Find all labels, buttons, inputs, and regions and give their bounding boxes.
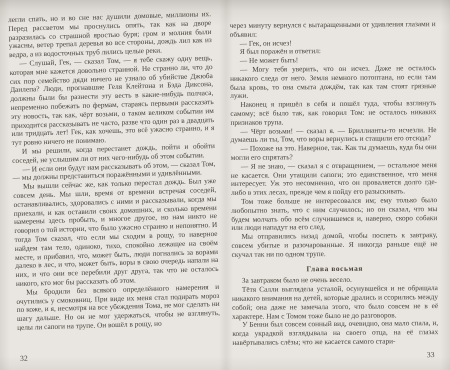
- left-page: легли спать, но и во сне нас душили домо…: [8, 0, 222, 370]
- paragraph: через минуту вернулся с вытаращенными от…: [230, 20, 436, 39]
- paragraph: — Слушай, Гек, — сказал Том, — я тебе ск…: [9, 54, 215, 148]
- paragraph: Мы отправились назад домой, чтобы поспет…: [231, 231, 437, 259]
- chapter-heading: Глава восьмая: [232, 264, 438, 275]
- paragraph: — Могу тебя уверить, что он исчез. Даже …: [230, 64, 436, 101]
- paragraph: Тётя Салли выглядела усталой, осунувшейс…: [232, 284, 438, 321]
- left-page-text: легли спать, но и во сне нас душили домо…: [8, 10, 220, 333]
- paragraph: Мы бродили без всякого определённого нам…: [16, 283, 220, 333]
- paragraph: — Я не знаю, — сказал я с отвращением, —…: [231, 161, 437, 198]
- book-spread: легли спать, но и во сне нас душили домо…: [0, 0, 450, 370]
- book-photo: { "book": { "left_page": { "number": "32…: [0, 0, 450, 370]
- paragraph: Наконец я пришёл в себя и пошёл туда, чт…: [230, 99, 436, 127]
- page-number-left: 32: [20, 355, 28, 364]
- right-page: через минуту вернулся с вытаращенными от…: [229, 0, 438, 370]
- paragraph: Том тоже больше не интересовался им; ему…: [231, 196, 437, 233]
- right-page-text: через минуту вернулся с вытаращенными от…: [230, 20, 439, 347]
- paragraph: легли спать, но и во сне нас душили домо…: [8, 10, 212, 60]
- page-number-right: 33: [427, 351, 435, 360]
- paragraph: У Бенни был совсем сонный вид, очевидно,…: [232, 319, 438, 347]
- paragraph: Мы вышли сейчас же, как только перестал …: [13, 177, 219, 289]
